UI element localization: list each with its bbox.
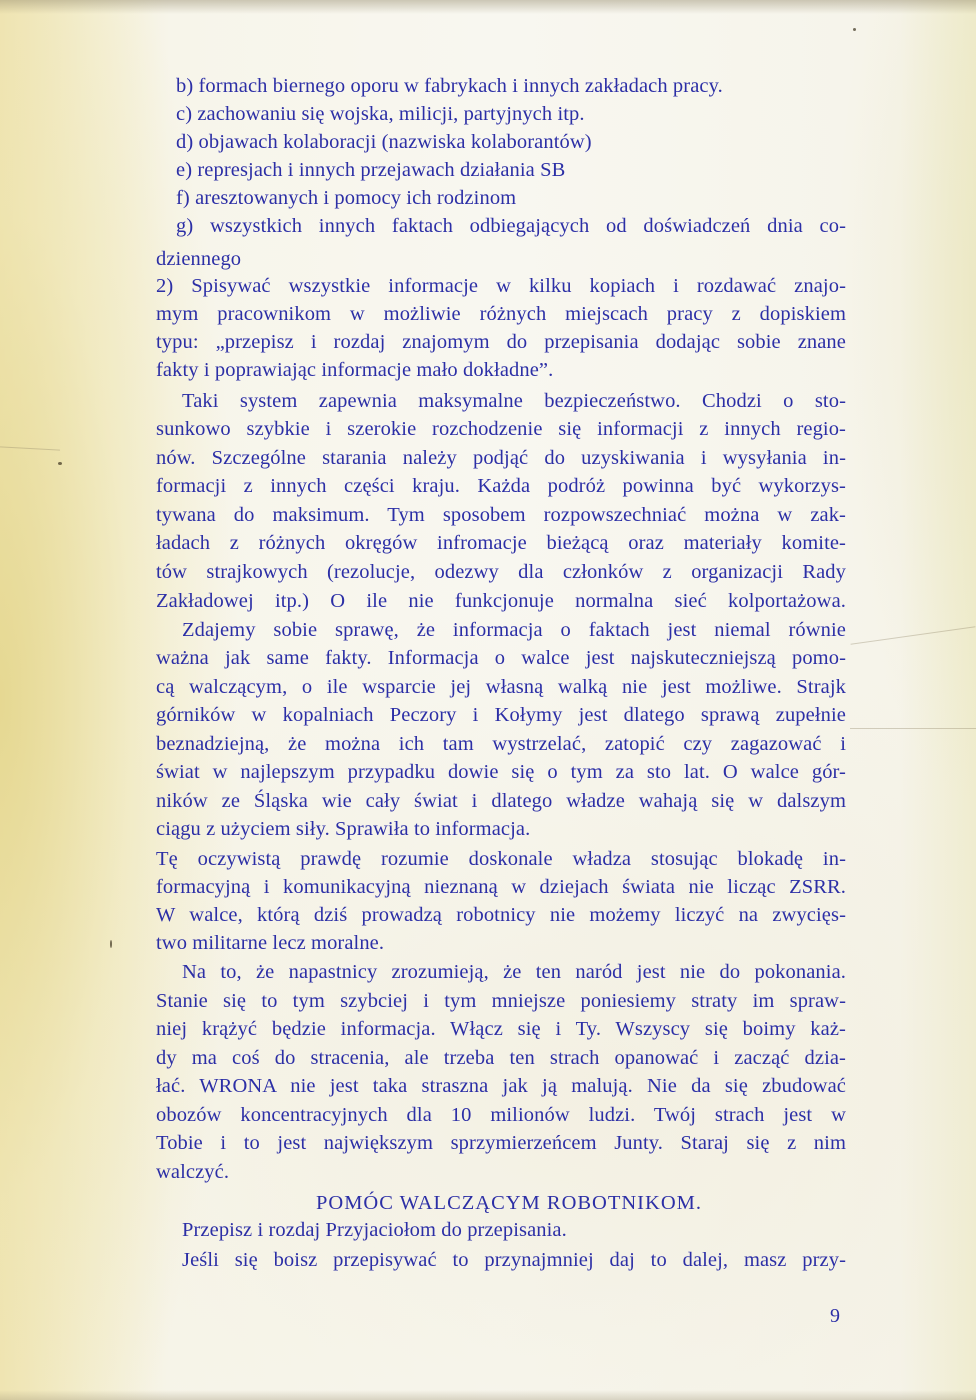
text-line: tów strajkowych (rezolucje, odezwy dla c… <box>156 560 846 584</box>
text-line: łać. WRONA nie jest taka straszna jak ją… <box>156 1074 846 1098</box>
text-line: tywana do maksimum. Tym sposobem rozpows… <box>156 503 846 527</box>
closing-line: Przepisz i rozdaj Przyjaciołom do przepi… <box>182 1218 846 1242</box>
text-line: formacyjną i komunikacyjną nieznaną w dz… <box>156 875 846 899</box>
text-line: dziennego <box>156 247 846 271</box>
paper-crease <box>851 626 976 645</box>
text-line: górników w kopalniach Peczory i Kołymy j… <box>156 703 846 727</box>
paper-crease <box>850 728 976 729</box>
text-line: d) objawach kolaboracji (nazwiska kolabo… <box>176 130 846 154</box>
text-line: Zakładowej itp.) O ile nie funkcjonuje n… <box>156 589 846 613</box>
text-line: ładach z różnych okręgów infromacje bież… <box>156 531 846 555</box>
text-line: g) wszystkich innych faktach odbiegający… <box>176 214 846 238</box>
scanned-page: b) formach biernego oporu w fabrykach i … <box>0 0 976 1400</box>
text-line: ciągu z użyciem siły. Sprawiła to inform… <box>156 817 846 841</box>
ink-speck <box>58 462 62 465</box>
text-line: fakty i poprawiając informacje mało dokł… <box>156 358 846 382</box>
text-line: typu: „przepisz i rozdaj znajomym do prz… <box>156 330 846 354</box>
text-line: c) zachowaniu się wojska, milicji, party… <box>176 102 846 126</box>
text-line: formacji z innych części kraju. Każda po… <box>156 474 846 498</box>
text-line: f) aresztowanych i pomocy ich rodzinom <box>176 186 846 210</box>
text-line: świat w najlepszym przypadku dowie się o… <box>156 760 846 784</box>
text-line: nów. Szczególne starania należy podjąć d… <box>156 446 846 470</box>
page-number: 9 <box>830 1305 840 1328</box>
text-line: dy ma coś do stracenia, ale trzeba ten s… <box>156 1046 846 1070</box>
text-line: two militarne lecz moralne. <box>156 931 846 955</box>
text-line: Tę oczywistą prawdę rozumie doskonale wł… <box>156 847 846 871</box>
text-line: Tobie i to jest największym sprzymierzeń… <box>156 1131 846 1155</box>
text-line: e) represjach i innych przejawach działa… <box>176 158 846 182</box>
text-line: mym pracownikom w możliwie różnych miejs… <box>156 302 846 326</box>
text-line: cą walczącym, o ile wsparcie jej własną … <box>156 675 846 699</box>
text-line: walczyć. <box>156 1160 846 1184</box>
text-line: sunkowo szybkie i szerokie rozchodzenie … <box>156 417 846 441</box>
text-line: Zdajemy sobie sprawę, że informacja o fa… <box>182 618 846 642</box>
text-line: obozów koncentracyjnych dla 10 milionów … <box>156 1103 846 1127</box>
section-heading: POMÓC WALCZĄCYM ROBOTNIKOM. <box>156 1191 846 1215</box>
text-line: Stanie się to tym szybciej i tym mniejsz… <box>156 989 846 1013</box>
text-line: W walce, którą dziś prowadzą robotnicy n… <box>156 903 846 927</box>
text-line: ważna jak same fakty. Informacja o walce… <box>156 646 846 670</box>
text-line: 2) Spisywać wszystkie informacje w kilku… <box>156 274 846 298</box>
paper-crease <box>0 446 60 450</box>
ink-speck <box>853 28 856 31</box>
text-line: Na to, że napastnicy zrozumieją, że ten … <box>182 960 846 984</box>
text-line: Taki system zapewnia maksymalne bezpiecz… <box>182 389 846 413</box>
text-line: niej krążyć będzie informacja. Włącz się… <box>156 1017 846 1041</box>
text-line: b) formach biernego oporu w fabrykach i … <box>176 74 846 98</box>
closing-line: Jeśli się boisz przepisywać to przynajmn… <box>182 1248 846 1272</box>
ink-speck <box>110 940 112 948</box>
text-line: beznadziejną, że można ich tam wystrzela… <box>156 732 846 756</box>
text-line: ników ze Śląska wie cały świat i dlatego… <box>156 789 846 813</box>
